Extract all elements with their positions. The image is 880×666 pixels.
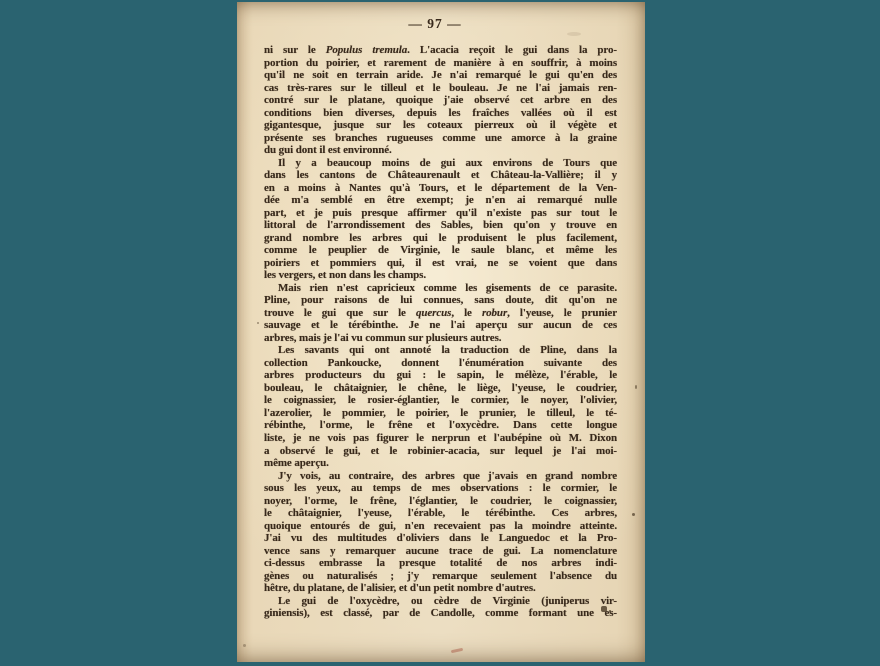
- ink-speck: [601, 606, 607, 612]
- text-line: dée m'a semblé en être exempt; je n'en a…: [264, 194, 617, 207]
- text-line: vence sans y remarquer aucune trace de g…: [264, 545, 617, 558]
- text-line: le châtaignier, l'yeuse, l'érable, le té…: [264, 507, 617, 520]
- text-line: a observé le gui, et le robinier-acacia,…: [264, 445, 617, 458]
- text-line: J'y vois, au contraire, des arbres que j…: [264, 470, 617, 483]
- text-line: part, et je puis presque affirmer qu'il …: [264, 207, 617, 220]
- ink-speck: [243, 644, 246, 647]
- text-line: arbres, mais je l'ai vu commun sur plusi…: [264, 332, 617, 345]
- text-line: bouleau, le châtaignier, le chêne, le li…: [264, 382, 617, 395]
- text-line: collection Pankoucke, donnent l'énumérat…: [264, 357, 617, 370]
- text-line: rébinthe, l'orme, le frêne et l'oxycèdre…: [264, 419, 617, 432]
- ink-speck: [635, 385, 637, 389]
- text-line: Le gui de l'oxycèdre, ou cèdre de Virgin…: [264, 595, 617, 608]
- text-line: dans les cantons de Châteaurenault et Ch…: [264, 169, 617, 182]
- text-line: portion du poirier, et rarement de maniè…: [264, 57, 617, 70]
- text-line: Mais rien n'est capricieux comme les gis…: [264, 282, 617, 295]
- text-line: contré sur le platane, quoique j'aie obs…: [264, 94, 617, 107]
- text-line: les vergers, et non dans les champs.: [264, 269, 617, 282]
- text-line: quoique entourés de gui, n'en recevaient…: [264, 520, 617, 533]
- text-line: du gui dont il est environné.: [264, 144, 617, 157]
- text-line: le coignassier, le rosier-églantier, le …: [264, 394, 617, 407]
- text-line: présente ses branches rugueuses comme un…: [264, 132, 617, 145]
- text-line: grand nombre les arbres qui le produisen…: [264, 232, 617, 245]
- text-line: arbres producteurs du gui : le sapin, le…: [264, 369, 617, 382]
- ink-speck: [451, 648, 463, 653]
- text-line: giniensis), est classé, par de Candolle,…: [264, 607, 617, 620]
- ink-speck: [567, 32, 581, 36]
- text-line: sauvage et le térébinthe. Je ne l'ai ape…: [264, 319, 617, 332]
- text-line: hêtre, du platane, de l'alisier, et d'un…: [264, 582, 617, 595]
- text-line: littoral de l'arrondissement des Sables,…: [264, 219, 617, 232]
- text-line: même aperçu.: [264, 457, 617, 470]
- text-line: ni sur le Populus tremula. L'acacia reço…: [264, 44, 617, 57]
- text-line: cas très-rares sur le tilleul et le boul…: [264, 82, 617, 95]
- text-line: poiriers et pommiers qui, il est vrai, n…: [264, 257, 617, 270]
- text-line: liste, je ne vois pas figurer le nerprun…: [264, 432, 617, 445]
- text-line: qu'il ne soit en terrain aride. Je n'ai …: [264, 69, 617, 82]
- text-line: Les savants qui ont annoté la traduction…: [264, 344, 617, 357]
- text-line: conditions bien diverses, depuis les fra…: [264, 107, 617, 120]
- text-block: ni sur le Populus tremula. L'acacia reço…: [264, 44, 617, 620]
- ink-speck: [632, 513, 635, 516]
- text-line: Pline, pour raisons de lui connues, sans…: [264, 294, 617, 307]
- text-line: comme le peuplier de Virginie, le saule …: [264, 244, 617, 257]
- text-line: noyer, l'orme, le frêne, l'églantier, le…: [264, 495, 617, 508]
- text-line: sous les yeux, au temps de mes observati…: [264, 482, 617, 495]
- text-line: gènes ou naturalisés ; j'y remarque seul…: [264, 570, 617, 583]
- page-number: — 97 —: [237, 16, 633, 32]
- ink-speck: [257, 322, 259, 324]
- text-line: ci-dessus embrasse la presque totalité d…: [264, 557, 617, 570]
- text-line: J'ai vu des multitudes d'oliviers dans l…: [264, 532, 617, 545]
- text-line: Il y a beaucoup moins de gui aux environ…: [264, 157, 617, 170]
- text-line: l'azerolier, le pommier, le poirier, le …: [264, 407, 617, 420]
- text-line: trouve le gui que sur le quercus, le rob…: [264, 307, 617, 320]
- book-page: — 97 — ni sur le Populus tremula. L'acac…: [237, 2, 645, 662]
- text-line: gigantesque, jusque sur les coteaux pier…: [264, 119, 617, 132]
- text-line: en a moins à Nantes qu'à Tours, et le dé…: [264, 182, 617, 195]
